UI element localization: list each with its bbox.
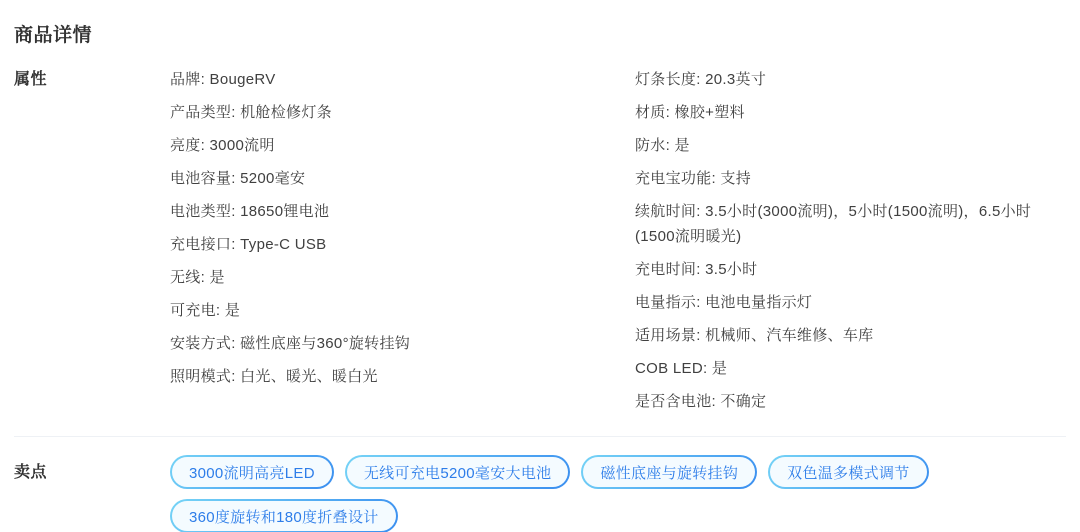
attribute-item: 无线: 是 xyxy=(170,265,635,290)
attribute-item: 材质: 橡胶+塑料 xyxy=(635,100,1050,125)
attribute-item: 品牌: BougeRV xyxy=(170,67,635,92)
attributes-section: 属性 品牌: BougeRV产品类型: 机舱检修灯条亮度: 3000流明电池容量… xyxy=(14,67,1066,422)
section-divider xyxy=(14,436,1066,437)
attribute-item: 电池类型: 18650锂电池 xyxy=(170,199,635,224)
attribute-item: 防水: 是 xyxy=(635,133,1050,158)
attributes-section-label: 属性 xyxy=(14,67,170,92)
attribute-item: 灯条长度: 20.3英寸 xyxy=(635,67,1050,92)
attributes-column-left: 品牌: BougeRV产品类型: 机舱检修灯条亮度: 3000流明电池容量: 5… xyxy=(170,67,635,422)
attribute-item: 产品类型: 机舱检修灯条 xyxy=(170,100,635,125)
attribute-item: 照明模式: 白光、暖光、暖白光 xyxy=(170,364,635,389)
product-details-panel: 商品详情 属性 品牌: BougeRV产品类型: 机舱检修灯条亮度: 3000流… xyxy=(0,0,1080,532)
attribute-item: COB LED: 是 xyxy=(635,356,1050,381)
selling-points-tags: 3000流明高亮LED无线可充电5200毫安大电池磁性底座与旋转挂钩双色温多模式… xyxy=(170,455,970,532)
attribute-item: 电池容量: 5200毫安 xyxy=(170,166,635,191)
page-title: 商品详情 xyxy=(14,20,1066,47)
attribute-item: 适用场景: 机械师、汽车维修、车库 xyxy=(635,323,1050,348)
attribute-item: 安装方式: 磁性底座与360°旋转挂钩 xyxy=(170,331,635,356)
attribute-item: 充电接口: Type-C USB xyxy=(170,232,635,257)
selling-point-tag: 360度旋转和180度折叠设计 xyxy=(170,499,398,532)
attribute-item: 充电时间: 3.5小时 xyxy=(635,257,1050,282)
selling-point-tag: 双色温多模式调节 xyxy=(768,455,928,489)
attribute-item: 续航时间: 3.5小时(3000流明)，5小时(1500流明)，6.5小时(15… xyxy=(635,199,1050,249)
attribute-item: 可充电: 是 xyxy=(170,298,635,323)
attribute-item: 是否含电池: 不确定 xyxy=(635,389,1050,414)
selling-points-section-label: 卖点 xyxy=(14,455,170,485)
selling-point-tag: 3000流明高亮LED xyxy=(170,455,334,489)
attributes-columns: 品牌: BougeRV产品类型: 机舱检修灯条亮度: 3000流明电池容量: 5… xyxy=(170,67,1066,422)
attributes-column-right: 灯条长度: 20.3英寸材质: 橡胶+塑料防水: 是充电宝功能: 支持续航时间:… xyxy=(635,67,1050,422)
attribute-item: 充电宝功能: 支持 xyxy=(635,166,1050,191)
selling-point-tag: 无线可充电5200毫安大电池 xyxy=(345,455,571,489)
attribute-item: 电量指示: 电池电量指示灯 xyxy=(635,290,1050,315)
selling-points-section: 卖点 3000流明高亮LED无线可充电5200毫安大电池磁性底座与旋转挂钩双色温… xyxy=(14,455,1066,532)
selling-point-tag: 磁性底座与旋转挂钩 xyxy=(581,455,757,489)
attribute-item: 亮度: 3000流明 xyxy=(170,133,635,158)
